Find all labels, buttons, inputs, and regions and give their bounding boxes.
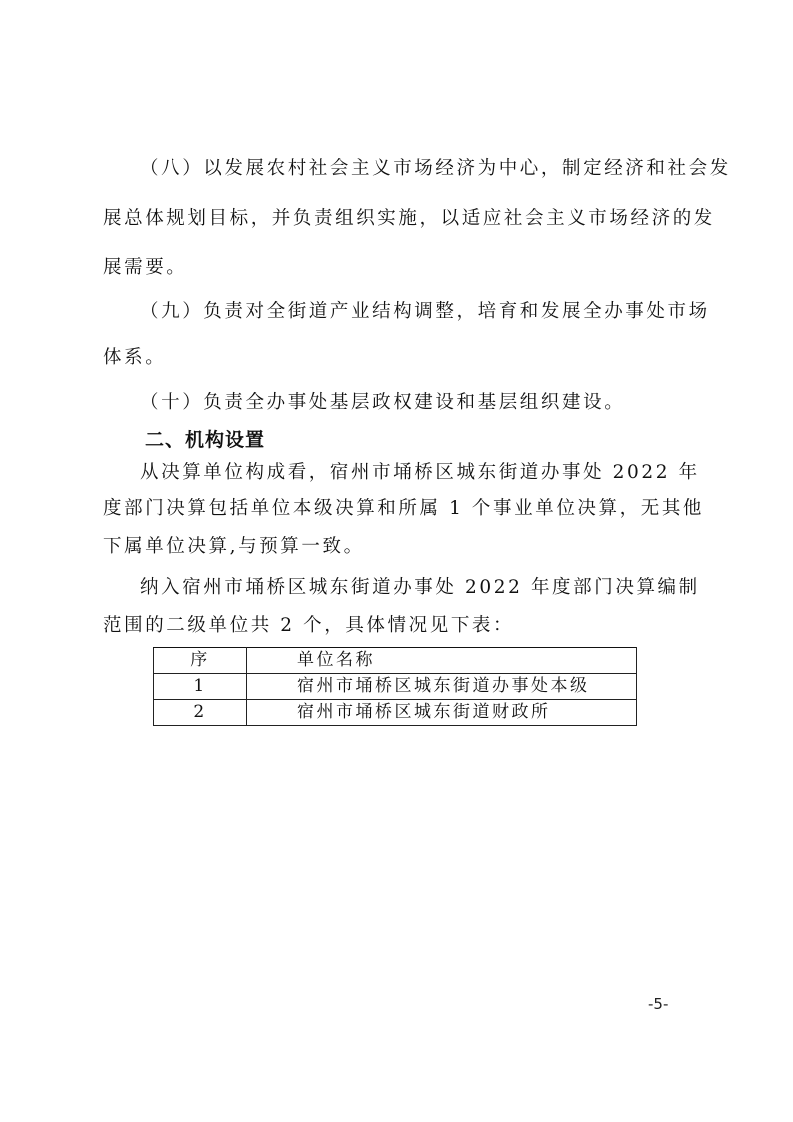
section-heading: 二、机构设置 <box>145 428 745 452</box>
table-header-row: 序 单位名称 <box>154 648 637 674</box>
page-number: -5- <box>648 995 668 1013</box>
paragraph-item8-line2: 展总体规划目标，并负责组织实施，以适应社会主义市场经济的发 <box>103 207 703 231</box>
table-header-seq: 序 <box>154 648 247 674</box>
table-cell-seq: 2 <box>154 700 247 726</box>
paragraph-item9-line2: 体系。 <box>103 346 703 370</box>
paragraph-item10-line1: （十）负责全办事处基层政权建设和基层组织建设。 <box>140 391 740 415</box>
paragraph-item9-line1: （九）负责对全街道产业结构调整，培育和发展全办事处市场 <box>140 300 740 324</box>
paragraph-scope-line2: 范围的二级单位共 2 个，具体情况见下表： <box>103 614 703 638</box>
paragraph-item8-line3: 展需要。 <box>103 256 703 280</box>
table-header-name: 单位名称 <box>247 648 637 674</box>
table-row: 1 宿州市埇桥区城东街道办事处本级 <box>154 674 637 700</box>
paragraph-composition-line3: 下属单位决算,与预算一致。 <box>103 535 703 559</box>
paragraph-composition-line1: 从决算单位构成看，宿州市埇桥区城东街道办事处 2022 年 <box>140 461 740 485</box>
paragraph-composition-line2: 度部门决算包括单位本级决算和所属 1 个事业单位决算，无其他 <box>103 497 703 521</box>
paragraph-scope-line1: 纳入宿州市埇桥区城东街道办事处 2022 年度部门决算编制 <box>140 576 740 600</box>
units-table: 序 单位名称 1 宿州市埇桥区城东街道办事处本级 2 宿州市埇桥区城东街道财政所 <box>153 647 637 726</box>
document-page: （八）以发展农村社会主义市场经济为中心，制定经济和社会发 展总体规划目标，并负责… <box>0 0 793 1122</box>
table-row: 2 宿州市埇桥区城东街道财政所 <box>154 700 637 726</box>
paragraph-item8-line1: （八）以发展农村社会主义市场经济为中心，制定经济和社会发 <box>140 157 740 181</box>
table-cell-name: 宿州市埇桥区城东街道办事处本级 <box>247 674 637 700</box>
table-cell-name: 宿州市埇桥区城东街道财政所 <box>247 700 637 726</box>
table-cell-seq: 1 <box>154 674 247 700</box>
